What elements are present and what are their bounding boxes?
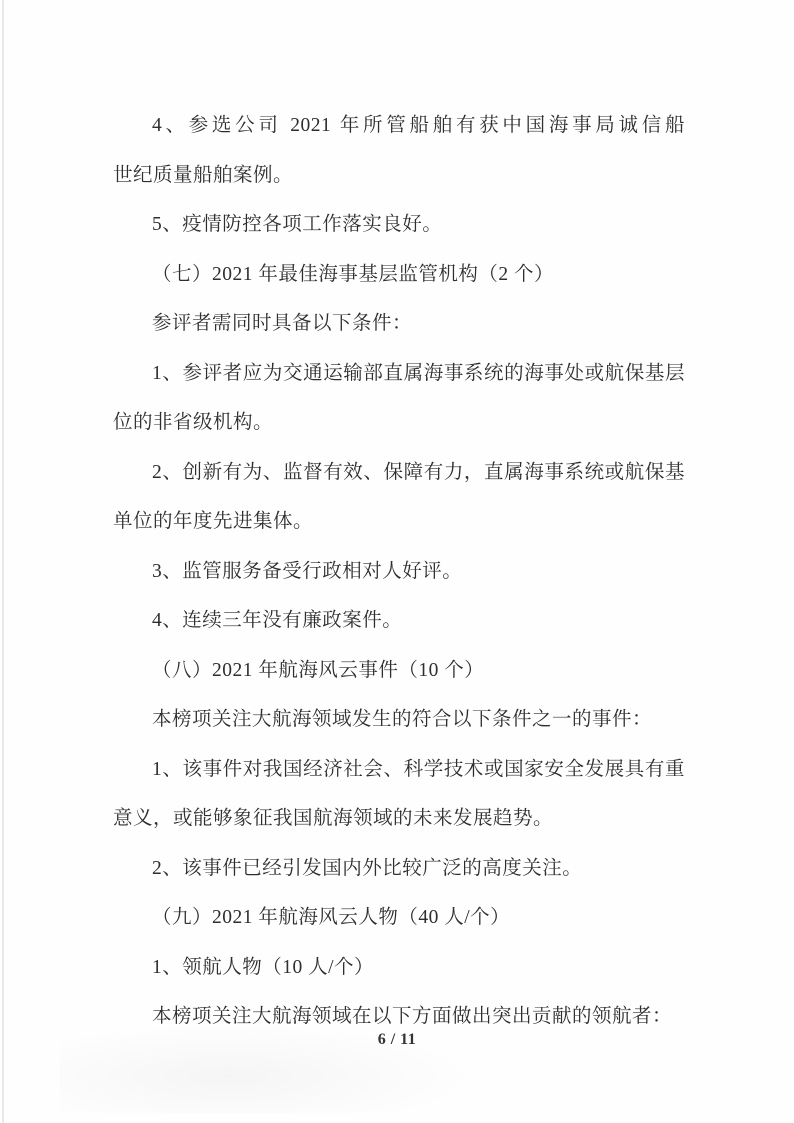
text-line: 单位的年度先进集体。 (113, 497, 685, 547)
text-line: 意义，或能够象征我国航海领域的未来发展趋势。 (113, 794, 685, 844)
text-line: 3、监管服务备受行政相对人好评。 (113, 547, 685, 597)
text-line: 参评者需同时具备以下条件： (113, 299, 685, 349)
text-line: 2、创新有为、监督有效、保障有力，直属海事系统或航保基层 (113, 448, 685, 498)
document-page: 4、参选公司 2021 年所管船舶有获中国海事局诚信船舶/USCG21世纪质量船… (0, 0, 794, 1123)
paragraph: 4、参选公司 2021 年所管船舶有获中国海事局诚信船舶/USCG21世纪质量船… (113, 101, 685, 200)
paragraph: 参评者需同时具备以下条件： (113, 299, 685, 349)
text-line: 本榜项关注大航海领域发生的符合以下条件之一的事件： (113, 695, 685, 745)
text-line: （八）2021 年航海风云事件（10 个） (113, 646, 685, 696)
text-line: 1、参评者应为交通运输部直属海事系统的海事处或航保基层单 (113, 349, 685, 399)
text-line: 位的非省级机构。 (113, 398, 685, 448)
page-number: 6 / 11 (0, 1031, 794, 1049)
text-line: 2、该事件已经引发国内外比较广泛的高度关注。 (113, 844, 685, 894)
paragraph: 1、该事件对我国经济社会、科学技术或国家安全发展具有重要意义，或能够象征我国航海… (113, 745, 685, 844)
paragraph: （九）2021 年航海风云人物（40 人/个） (113, 893, 685, 943)
paragraph: （八）2021 年航海风云事件（10 个） (113, 646, 685, 696)
text-line: 1、该事件对我国经济社会、科学技术或国家安全发展具有重要 (113, 745, 685, 795)
text-line: 5、疫情防控各项工作落实良好。 (113, 200, 685, 250)
paragraph: 1、领航人物（10 人/个） (113, 943, 685, 993)
paragraph: 本榜项关注大航海领域发生的符合以下条件之一的事件： (113, 695, 685, 745)
paragraph: 5、疫情防控各项工作落实良好。 (113, 200, 685, 250)
page-edge-shadow (2, 0, 4, 1123)
text-line: 1、领航人物（10 人/个） (113, 943, 685, 993)
paragraph: 2、该事件已经引发国内外比较广泛的高度关注。 (113, 844, 685, 894)
paragraph: 4、连续三年没有廉政案件。 (113, 596, 685, 646)
text-line: 世纪质量船舶案例。 (113, 151, 685, 201)
text-line: （九）2021 年航海风云人物（40 人/个） (113, 893, 685, 943)
text-line: （七）2021 年最佳海事基层监管机构（2 个） (113, 250, 685, 300)
document-body: 4、参选公司 2021 年所管船舶有获中国海事局诚信船舶/USCG21世纪质量船… (113, 101, 685, 1042)
paragraph: 2、创新有为、监督有效、保障有力，直属海事系统或航保基层单位的年度先进集体。 (113, 448, 685, 547)
paragraph: 3、监管服务备受行政相对人好评。 (113, 547, 685, 597)
text-line: 4、参选公司 2021 年所管船舶有获中国海事局诚信船舶/USCG21 (113, 101, 685, 151)
text-line: 4、连续三年没有廉政案件。 (113, 596, 685, 646)
paragraph: 1、参评者应为交通运输部直属海事系统的海事处或航保基层单位的非省级机构。 (113, 349, 685, 448)
paragraph: （七）2021 年最佳海事基层监管机构（2 个） (113, 250, 685, 300)
